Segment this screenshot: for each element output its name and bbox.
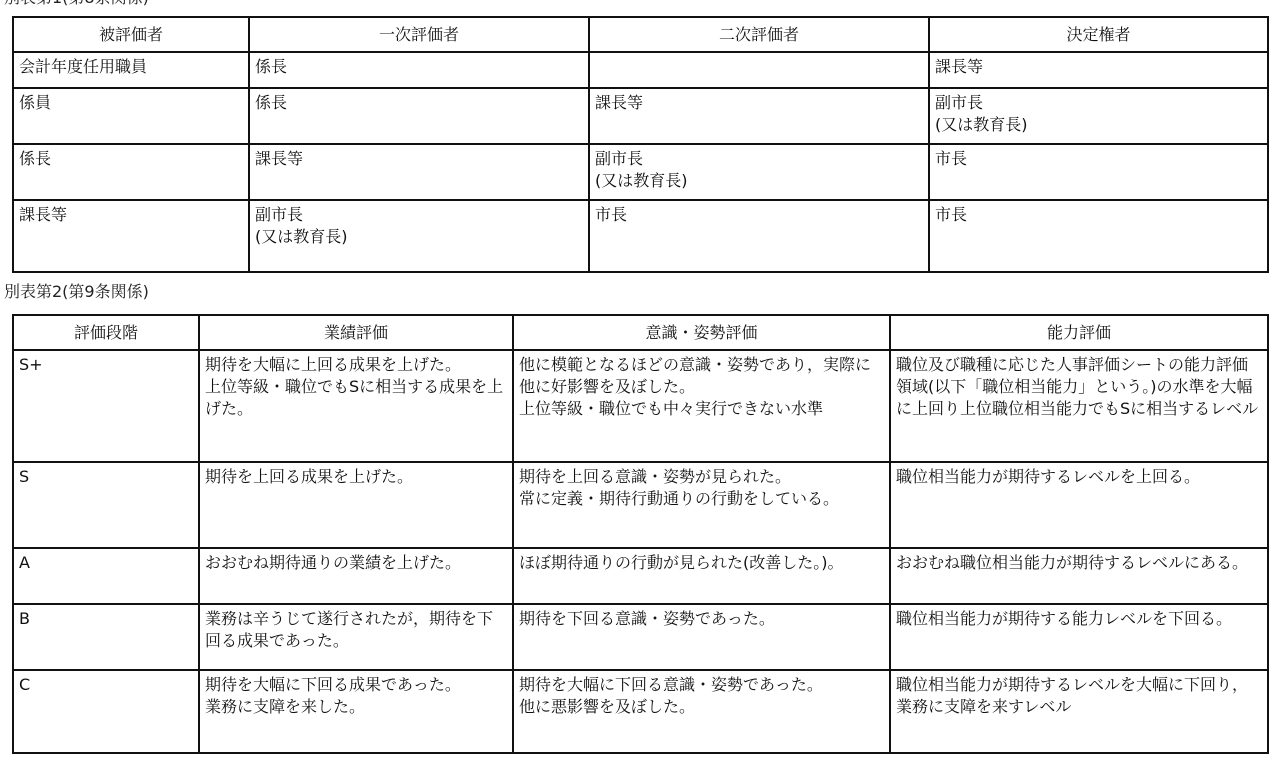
cell-decision-maker: 市長 (929, 144, 1268, 200)
table-row: 課長等 副市長 (又は教育長) 市長 市長 (13, 200, 1268, 272)
cell-evaluatee: 係員 (13, 88, 249, 144)
table-row: A おおむね期待通りの業績を上げた。 ほぼ期待通りの行動が見られた(改善した。)… (13, 548, 1268, 604)
header-attitude: 意識・姿勢評価 (513, 315, 890, 350)
cell-decision-maker: 副市長 (又は教育長) (929, 88, 1268, 144)
cell-ability: 職位相当能力が期待する能力レベルを下回る。 (890, 604, 1268, 670)
header-first-evaluator: 一次評価者 (249, 17, 589, 52)
cell-ability: 職位相当能力が期待するレベルを大幅に下回り，業務に支障を来すレベル (890, 670, 1268, 753)
cell-attitude: 他に模範となるほどの意識・姿勢であり，実際に他に好影響を及ぼした。 上位等級・職… (513, 350, 890, 462)
header-rating-level: 評価段階 (13, 315, 199, 350)
table-row: B 業務は辛うじて遂行されたが，期待を下回る成果であった。 期待を下回る意識・姿… (13, 604, 1268, 670)
cell-second-evaluator: 副市長 (又は教育長) (589, 144, 929, 200)
cell-ability: おおむね職位相当能力が期待するレベルにある。 (890, 548, 1268, 604)
cell-second-evaluator (589, 52, 929, 88)
cell-first-evaluator: 副市長 (又は教育長) (249, 200, 589, 272)
header-decision-maker: 決定権者 (929, 17, 1268, 52)
cell-evaluatee: 会計年度任用職員 (13, 52, 249, 88)
evaluator-table: 被評価者 一次評価者 二次評価者 決定権者 会計年度任用職員 係長 課長等 係員… (12, 16, 1269, 273)
cell-rating-level: B (13, 604, 199, 670)
cell-performance: 業務は辛うじて遂行されたが，期待を下回る成果であった。 (199, 604, 513, 670)
table-header-row: 被評価者 一次評価者 二次評価者 決定権者 (13, 17, 1268, 52)
cell-performance: 期待を上回る成果を上げた。 (199, 462, 513, 548)
cell-performance: 期待を大幅に下回る成果であった。 業務に支障を来した。 (199, 670, 513, 753)
cell-evaluatee: 課長等 (13, 200, 249, 272)
table-row: 係員 係長 課長等 副市長 (又は教育長) (13, 88, 1268, 144)
table-row: S+ 期待を大幅に上回る成果を上げた。 上位等級・職位でもSに相当する成果を上げ… (13, 350, 1268, 462)
header-evaluatee: 被評価者 (13, 17, 249, 52)
cell-first-evaluator: 係長 (249, 88, 589, 144)
table-row: S 期待を上回る成果を上げた。 期待を上回る意識・姿勢が見られた。 常に定義・期… (13, 462, 1268, 548)
cell-evaluatee: 係長 (13, 144, 249, 200)
cell-second-evaluator: 市長 (589, 200, 929, 272)
header-ability: 能力評価 (890, 315, 1268, 350)
table-header-row: 評価段階 業績評価 意識・姿勢評価 能力評価 (13, 315, 1268, 350)
cell-ability: 職位相当能力が期待するレベルを上回る。 (890, 462, 1268, 548)
cell-decision-maker: 市長 (929, 200, 1268, 272)
cell-rating-level: C (13, 670, 199, 753)
cell-rating-level: S+ (13, 350, 199, 462)
cell-decision-maker: 課長等 (929, 52, 1268, 88)
cell-rating-level: S (13, 462, 199, 548)
cell-attitude: 期待を大幅に下回る意識・姿勢であった。 他に悪影響を及ぼした。 (513, 670, 890, 753)
cell-second-evaluator: 課長等 (589, 88, 929, 144)
cell-performance: 期待を大幅に上回る成果を上げた。 上位等級・職位でもSに相当する成果を上げた。 (199, 350, 513, 462)
table-row: C 期待を大幅に下回る成果であった。 業務に支障を来した。 期待を大幅に下回る意… (13, 670, 1268, 753)
cell-ability: 職位及び職種に応じた人事評価シートの能力評価領域(以下「職位相当能力」という。)… (890, 350, 1268, 462)
cell-attitude: 期待を上回る意識・姿勢が見られた。 常に定義・期待行動通りの行動をしている。 (513, 462, 890, 548)
cell-attitude: ほぼ期待通りの行動が見られた(改善した。)。 (513, 548, 890, 604)
cell-rating-level: A (13, 548, 199, 604)
table-row: 会計年度任用職員 係長 課長等 (13, 52, 1268, 88)
cell-first-evaluator: 課長等 (249, 144, 589, 200)
table-row: 係長 課長等 副市長 (又は教育長) 市長 (13, 144, 1268, 200)
cell-performance: おおむね期待通りの業績を上げた。 (199, 548, 513, 604)
table2-caption: 別表第2(第9条関係) (4, 282, 149, 302)
cell-attitude: 期待を下回る意識・姿勢であった。 (513, 604, 890, 670)
header-second-evaluator: 二次評価者 (589, 17, 929, 52)
table1-caption: 別表第1(第8条関係) (4, 0, 149, 8)
cell-first-evaluator: 係長 (249, 52, 589, 88)
header-performance: 業績評価 (199, 315, 513, 350)
rating-criteria-table: 評価段階 業績評価 意識・姿勢評価 能力評価 S+ 期待を大幅に上回る成果を上げ… (12, 314, 1269, 754)
